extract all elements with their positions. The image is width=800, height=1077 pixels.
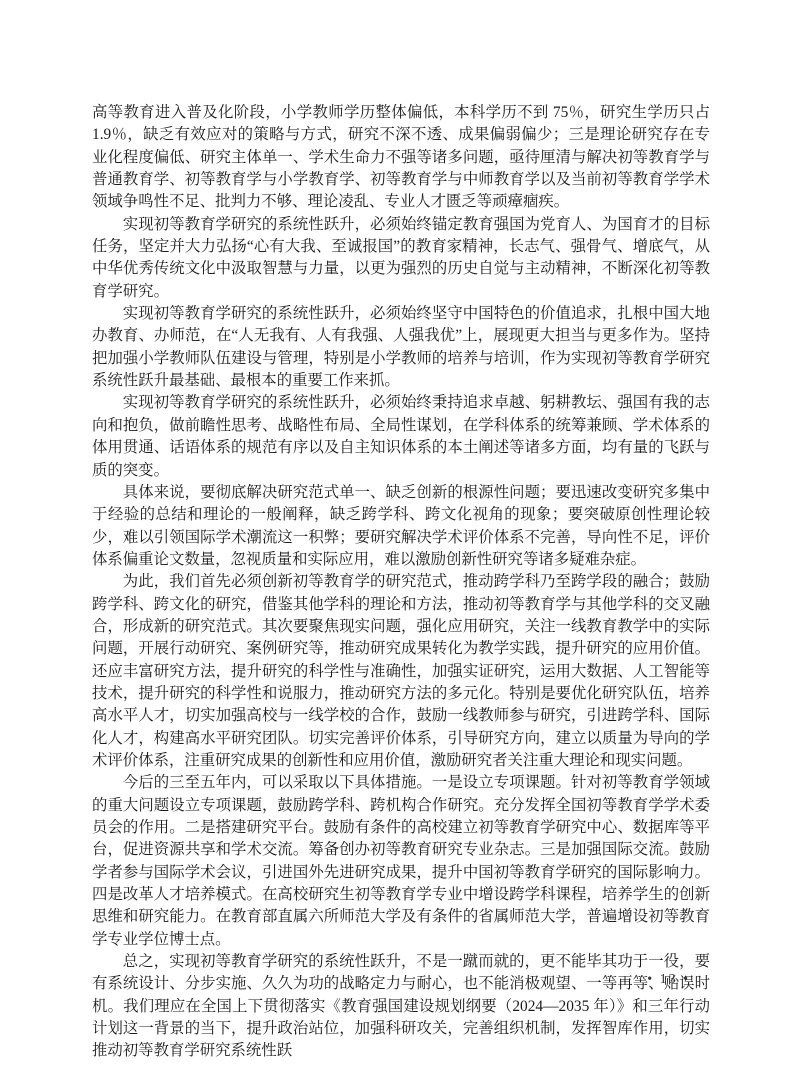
paragraph: 今后的三至五年内，可以采取以下具体措施。一是设立专项课题。针对初等教育学领域的重…	[92, 772, 710, 951]
body-text-block: 高等教育进入普及化阶段，小学教师学历整体偏低，本科学历不到 75％，研究生学历只…	[92, 102, 710, 1063]
paragraph: 总之，实现初等教育学研究的系统性跃升，不是一蹴而就的，更不能毕其功于一役，要有系…	[92, 951, 710, 1063]
paragraph: 为此，我们首先必须创新初等教育学的研究范式，推动跨学科乃至跨学段的融合；鼓励跨学…	[92, 571, 710, 772]
paragraph: 实现初等教育学研究的系统性跃升，必须始终秉持追求卓越、躬耕教坛、强国有我的志向和…	[92, 392, 710, 481]
paragraph: 实现初等教育学研究的系统性跃升，必须始终锚定教育强国为党育人、为国育才的目标任务…	[92, 214, 710, 303]
page-number: • 13 •	[647, 971, 690, 989]
document-page: 高等教育进入普及化阶段，小学教师学历整体偏低，本科学历不到 75％，研究生学历只…	[0, 0, 800, 1077]
paragraph: 实现初等教育学研究的系统性跃升，必须始终坚守中国特色的价值追求，扎根中国大地办教…	[92, 303, 710, 392]
paragraph: 具体来说，要彻底解决研究范式单一、缺乏创新的根源性问题；要迅速改变研究多集中于经…	[92, 482, 710, 571]
paragraph: 高等教育进入普及化阶段，小学教师学历整体偏低，本科学历不到 75％，研究生学历只…	[92, 102, 710, 214]
